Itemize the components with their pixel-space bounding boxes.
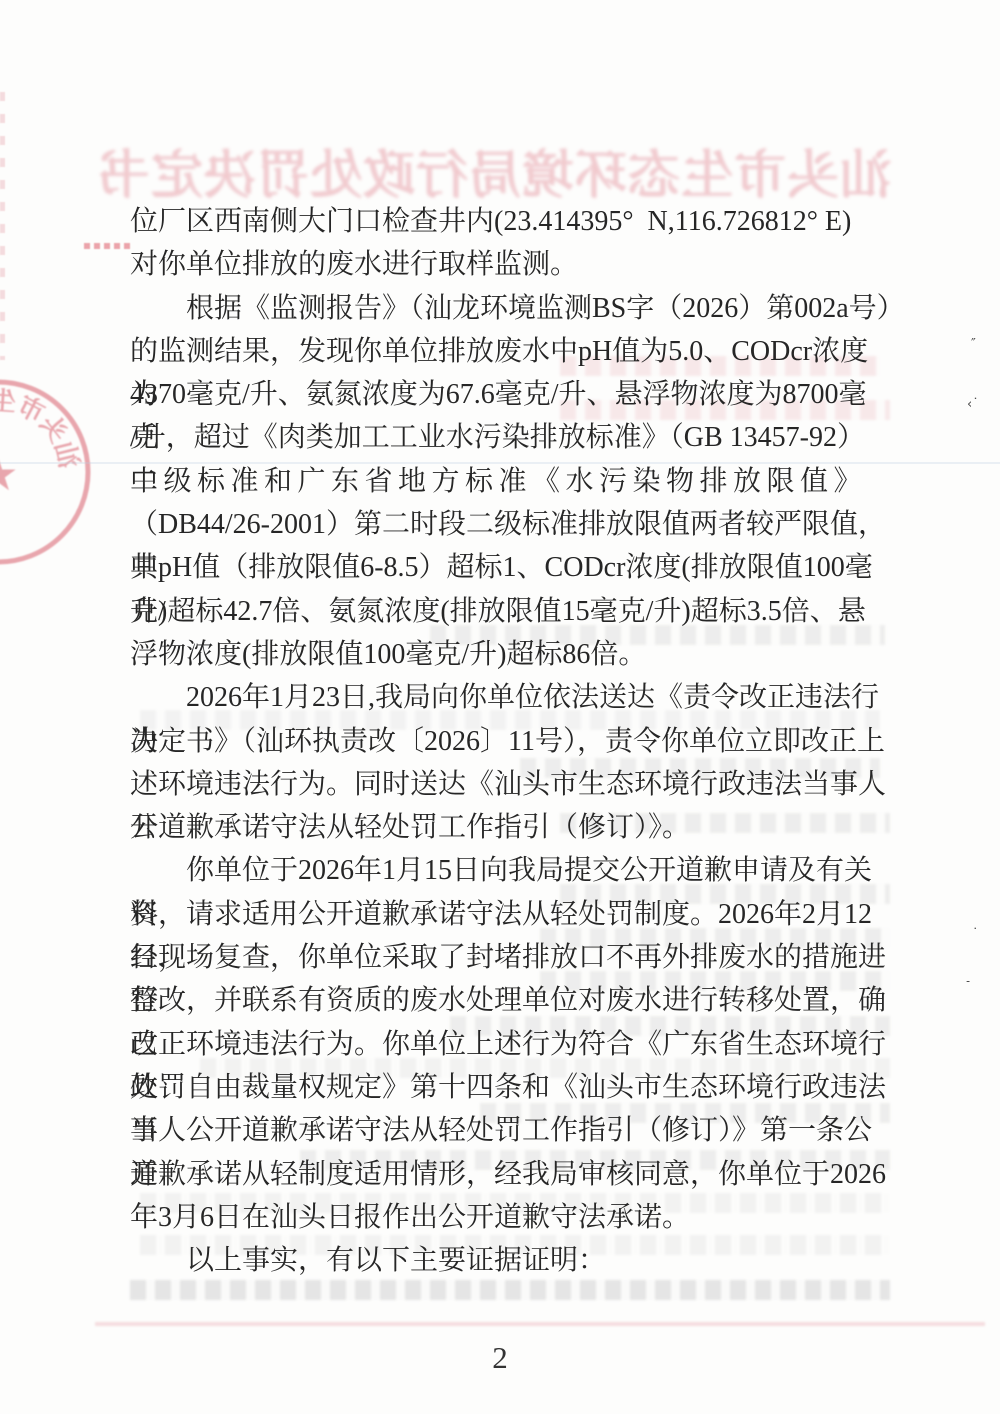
- ink-speck: ‹˙: [967, 398, 979, 411]
- body-line: 年3月6日在汕头日报作出公开道歉守法承诺。: [130, 1196, 892, 1239]
- body-line: 的监测结果，发现你单位排放废水中pH值为5.0、CODcr浓度为: [130, 330, 892, 373]
- body-line: 道歉承诺从轻制度适用情形，经我局审核同意，你单位于2026: [130, 1153, 892, 1196]
- body-line: 你单位于2026年1月15日向我局提交公开道歉申请及有关资: [130, 849, 892, 892]
- body-line: 事人公开道歉承诺守法从轻处罚工作指引（修订）》第一条公开: [130, 1109, 892, 1152]
- body-line: 2026年1月23日,我局向你单位依法送达《责令改正违法行为: [130, 676, 892, 719]
- page-number: 2: [0, 1340, 1000, 1376]
- body-line: 对你单位排放的废水进行取样监测。: [130, 243, 892, 286]
- body-line: 述环境违法行为。同时送达《汕头市生态环境行政违法当事人公: [130, 763, 892, 806]
- body-line: 二级标准和广东省地方标准《水污染物排放限值》: [130, 460, 892, 503]
- body-line: 浮物浓度(排放限值100毫克/升)超标86倍。: [130, 633, 892, 676]
- red-ink-streak: [84, 243, 130, 249]
- body-line: /升，超过《肉类加工工业水污染排放标准》（GB 13457-92）中: [130, 416, 892, 459]
- body-line: 整改，并联系有资质的废水处理单位对废水进行转移处置，确已: [130, 979, 892, 1022]
- bleedthrough-header-text: 汕头市生态环境局行政处罚决定书: [108, 146, 892, 208]
- bleedthrough-artifact: [130, 1280, 890, 1300]
- star-icon: ★: [0, 449, 19, 500]
- ink-speck: ″: [971, 338, 976, 351]
- body-line: 决定书》（汕环执责改〔2026〕11号），责令你单位立即改正上: [130, 720, 892, 763]
- document-body: 位厂区西南侧大门口检查井内(23.414395° N,116.726812° E…: [130, 200, 892, 1282]
- scanned-document-page: 汕头市生态环境局行政处罚决定书 汕头市生态环境局 ★ ″ ‹˙ ˙ ˗ 位厂区西…: [0, 0, 1000, 1414]
- ink-speck: ˗: [966, 975, 970, 988]
- body-line: 根据《监测报告》（汕龙环境监测BS字（2026）第002a号）: [130, 287, 892, 330]
- official-seal-stamp: 汕头市生态环境局 ★: [0, 372, 98, 572]
- body-line: 料，请求适用公开道歉承诺守法从轻处罚制度。2026年2月12日，: [130, 893, 892, 936]
- body-line: 位厂区西南侧大门口检查井内(23.414395° N,116.726812° E…: [130, 200, 892, 243]
- pink-scan-streak: [95, 1322, 985, 1326]
- body-line: 中pH值（排放限值6-8.5）超标1、CODcr浓度(排放限值100毫克/: [130, 546, 892, 589]
- body-line: 经现场复查，你单位采取了封堵排放口不再外排废水的措施进行: [130, 936, 892, 979]
- seal-circle: [0, 382, 88, 562]
- body-line: 4370毫克/升、氨氮浓度为67.6毫克/升、悬浮物浓度为8700毫克: [130, 373, 892, 416]
- svg-text:汕头市生态环境局: 汕头市生态环境局: [0, 372, 98, 471]
- body-line: 以上事实，有以下主要证据证明：: [130, 1239, 892, 1282]
- body-line: （DB44/26-2001）第二时段二级标准排放限值两者较严限值，其: [130, 503, 892, 546]
- edge-ink-marks: [0, 92, 5, 360]
- body-line: 处罚自由裁量权规定》第十四条和《汕头市生态环境行政违法当: [130, 1066, 892, 1109]
- ink-speck: ˙: [972, 928, 979, 941]
- body-line: 升)超标42.7倍、氨氮浓度(排放限值15毫克/升)超标3.5倍、悬: [130, 590, 892, 633]
- seal-graphic: 汕头市生态环境局 ★: [0, 372, 98, 572]
- body-line: 改正环境违法行为。你单位上述行为符合《广东省生态环境行政: [130, 1023, 892, 1066]
- seal-arc-text: 汕头市生态环境局: [0, 372, 98, 471]
- body-line: 开道歉承诺守法从轻处罚工作指引（修订）》。: [130, 806, 892, 849]
